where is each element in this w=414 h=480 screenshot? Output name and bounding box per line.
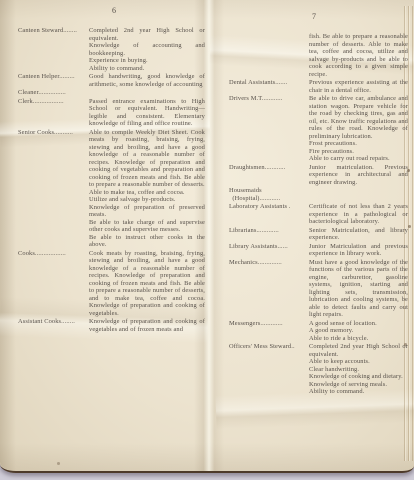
entry-label: Assistant Cooks........	[18, 318, 89, 326]
entry-description: Be able to drive car, ambulance and stat…	[309, 95, 408, 163]
entry-row: Draughtsmen............Junior matriculat…	[229, 164, 408, 187]
entry-description: Good handwriting, good knowledge of arit…	[89, 73, 205, 88]
entry-paragraph: Previous experience assisting at the cha…	[309, 79, 408, 94]
entry-row: Cooks..................Cook meats by roa…	[18, 250, 205, 318]
entry-paragraph: Be able to drive car, ambulance and stat…	[309, 95, 408, 140]
entry-paragraph: Good handwriting, good knowledge of arit…	[89, 73, 205, 88]
entry-paragraph: A good sense of location.	[309, 320, 408, 328]
entry-label: Cleaner................	[18, 89, 89, 97]
entry-label: Draughtsmen............	[229, 164, 309, 172]
entry-description: Certificate of not less than 2 years exp…	[309, 203, 408, 226]
entry-description: Knowledge of preparation and cooking of …	[89, 318, 205, 333]
page-right-entries: fish. Be able to prepare a reasonable nu…	[229, 33, 408, 396]
entry-label: Canteen Helper.........	[18, 73, 89, 81]
entry-paragraph: Knowledge of accounting and bookkeeping.	[89, 42, 205, 57]
entry-row: Housemaids (Hospital)............	[229, 187, 408, 202]
entry-paragraph: Able to compile Weekly Diet Sheet. Cook …	[89, 129, 205, 189]
entry-label: Cooks..................	[18, 250, 89, 258]
entry-paragraph: Knowledge of preparation of preserved me…	[89, 204, 205, 219]
entry-paragraph: Utilize and salvage by-products.	[89, 196, 205, 204]
entry-paragraph: Senior Matriculation, and library experi…	[309, 227, 408, 242]
entry-description: Previous experience assisting at the cha…	[309, 79, 408, 94]
entry-paragraph: Completed 2nd year High School or equiva…	[309, 343, 408, 358]
entry-label: Laboratory Assistants .	[229, 203, 309, 211]
entry-row: fish. Be able to prepare a reasonable nu…	[229, 33, 408, 78]
entry-description: Able to compile Weekly Diet Sheet. Cook …	[89, 129, 205, 249]
entry-paragraph: Clear handwriting.	[309, 366, 408, 374]
entry-paragraph: Fire precautions.	[309, 148, 408, 156]
page-left-entries: Canteen Steward........Completed 2nd yea…	[18, 27, 205, 333]
entry-row: Laboratory Assistants .Certificate of no…	[229, 203, 408, 226]
entry-label: Officers' Mess Steward..	[229, 343, 309, 351]
entry-row: Dental Assistants.......Previous experie…	[229, 79, 408, 94]
entry-description: Junior matriculation. Previous experienc…	[309, 164, 408, 187]
entry-paragraph: Be able to take charge of and supervise …	[89, 219, 205, 234]
entry-paragraph: Junior Matriculation and previous experi…	[309, 243, 408, 258]
entry-paragraph: Knowledge of preparation and cooking of …	[89, 318, 205, 333]
entry-row: Canteen Helper.........Good handwriting,…	[18, 73, 205, 88]
entry-paragraph: Able to ride a bicycle.	[309, 335, 408, 343]
entry-row: Cleaner................	[18, 89, 205, 97]
entry-paragraph: Able to carry out road repairs.	[309, 155, 408, 163]
entry-row: Librarians.............Senior Matriculat…	[229, 227, 408, 242]
entry-paragraph: Ability to command.	[309, 388, 408, 396]
booklet-spread: 6 7 Canteen Steward........Completed 2nd…	[0, 0, 414, 473]
entry-label: Housemaids (Hospital)............	[229, 187, 309, 202]
paper-specks	[0, 0, 1, 1]
entry-paragraph: Knowledge of serving meals.	[309, 381, 408, 389]
page-left: Canteen Steward........Completed 2nd yea…	[18, 27, 205, 461]
entry-paragraph: Cook meats by roasting, braising, frying…	[89, 250, 205, 318]
entry-description: Completed 2nd year High School or equiva…	[89, 27, 205, 72]
entry-label: Messengers.............	[229, 320, 309, 328]
entry-description: A good sense of location.A good memory.A…	[309, 320, 408, 343]
entry-paragraph: Frost precautions.	[309, 140, 408, 148]
entry-paragraph: Passed entrance examinations to High Sch…	[89, 98, 205, 128]
entry-label: Senior Cooks...........	[18, 129, 89, 137]
entry-label: Library Assistants......	[229, 243, 309, 251]
page-number-right: 7	[312, 12, 317, 21]
entry-row: Clerk..................Passed entrance e…	[18, 98, 205, 128]
entry-row: Messengers.............A good sense of l…	[229, 320, 408, 343]
page-number-left: 6	[112, 6, 117, 15]
entry-paragraph: Experience in buying.	[89, 57, 205, 65]
entry-paragraph: Be able to instruct other cooks in the a…	[89, 234, 205, 249]
entry-label: Clerk..................	[18, 98, 89, 106]
entry-row: Drivers M.T............Be able to drive …	[229, 95, 408, 163]
left-page-edge-shade	[0, 0, 16, 471]
entry-row: Officers' Mess Steward..Completed 2nd ye…	[229, 343, 408, 396]
entry-row: Assistant Cooks........Knowledge of prep…	[18, 318, 205, 333]
entry-label: Librarians.............	[229, 227, 309, 235]
entry-paragraph: Must have a good knowledge of the functi…	[309, 259, 408, 319]
entry-label: Drivers M.T............	[229, 95, 309, 103]
entry-paragraph: Knowledge of cooking and dietary.	[309, 373, 408, 381]
entry-label: Dental Assistants.......	[229, 79, 309, 87]
entry-description: Junior Matriculation and previous experi…	[309, 243, 408, 258]
page-right: fish. Be able to prepare a reasonable nu…	[229, 33, 408, 457]
entry-paragraph: fish. Be able to prepare a reasonable nu…	[309, 33, 408, 78]
entry-description: fish. Be able to prepare a reasonable nu…	[309, 33, 408, 78]
entry-row: Mechanics..............Must have a good …	[229, 259, 408, 319]
entry-description: Passed entrance examinations to High Sch…	[89, 98, 205, 128]
entry-paragraph: Completed 2nd year High School or equiva…	[89, 27, 205, 42]
entry-paragraph: Able to make tea, coffee and cocoa.	[89, 189, 205, 197]
entry-description: Completed 2nd year High School or equiva…	[309, 343, 408, 396]
entry-paragraph: Able to keep accounts.	[309, 358, 408, 366]
entry-label: Canteen Steward........	[18, 27, 89, 35]
entry-row: Library Assistants......Junior Matricula…	[229, 243, 408, 258]
entry-label: Mechanics..............	[229, 259, 309, 267]
entry-description: Senior Matriculation, and library experi…	[309, 227, 408, 242]
entry-description: Must have a good knowledge of the functi…	[309, 259, 408, 319]
entry-row: Canteen Steward........Completed 2nd yea…	[18, 27, 205, 72]
entry-row: Senior Cooks...........Able to compile W…	[18, 129, 205, 249]
entry-paragraph: A good memory.	[309, 327, 408, 335]
entry-description: Cook meats by roasting, braising, frying…	[89, 250, 205, 318]
entry-paragraph: Junior matriculation. Previous experienc…	[309, 164, 408, 187]
photo-background: 6 7 Canteen Steward........Completed 2nd…	[0, 0, 414, 480]
entry-paragraph: Certificate of not less than 2 years exp…	[309, 203, 408, 226]
entry-paragraph: Ability to command.	[89, 65, 205, 73]
